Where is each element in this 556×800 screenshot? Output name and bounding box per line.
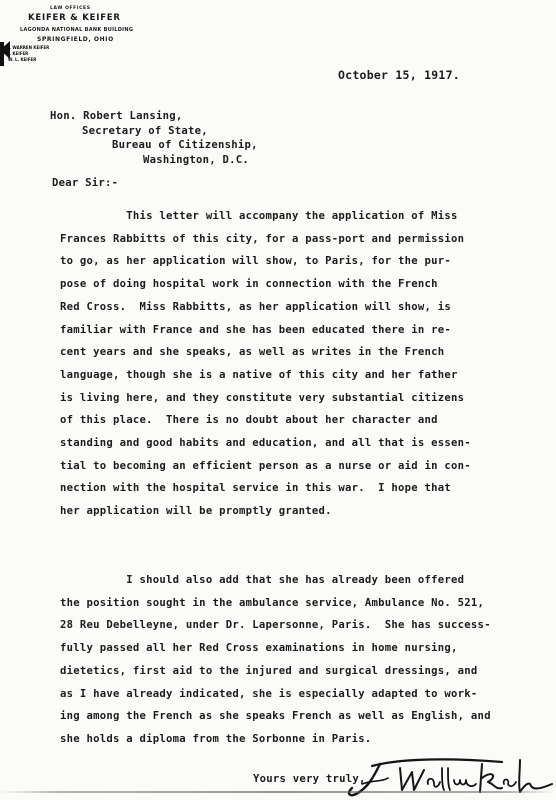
letter-date: October 15, 1917. <box>338 68 460 82</box>
body-line: her application will be promptly granted… <box>60 505 332 517</box>
body-line: she holds a diploma from the Sorbonne in… <box>60 733 372 745</box>
letterhead-building: LAGONDA NATIONAL BANK BUILDING <box>20 27 133 33</box>
page-bottom-edge <box>0 791 556 793</box>
body-line: as I have already indicated, she is espe… <box>60 688 478 700</box>
letterhead-firm: KEIFER & KEIFER <box>28 13 121 23</box>
body-line: is living here, and they constitute very… <box>60 392 464 404</box>
body-line: Frances Rabbitts of this city, for a pas… <box>60 233 464 245</box>
recipient-line: Hon. Robert Lansing, <box>50 110 183 122</box>
handwritten-signature <box>342 754 556 800</box>
letterhead-city: SPRINGFIELD, OHIO <box>37 36 114 43</box>
body-line: Red Cross. Miss Rabbitts, as her applica… <box>60 301 451 313</box>
body-line: This letter will accompany the applicati… <box>60 210 458 222</box>
body-line: ing among the French as she speaks Frenc… <box>60 710 491 722</box>
letterhead-heading: LAW OFFICES <box>50 6 91 11</box>
body-line: pose of doing hospital work in connectio… <box>60 278 438 290</box>
body-line: of this place. There is no doubt about h… <box>60 414 438 426</box>
body-line: 28 Reu Debelleyne, under Dr. Lapersonne,… <box>60 619 491 631</box>
body-line: language, though she is a native of this… <box>60 369 458 381</box>
letter-page: LAW OFFICES KEIFER & KEIFER LAGONDA NATI… <box>0 0 556 800</box>
partner-list: J. WARREN KEIFER J. KEIFER W. L. KEIFER <box>2 45 49 63</box>
body-line: standing and good habits and education, … <box>60 437 471 449</box>
body-line: the position sought in the ambulance ser… <box>60 597 484 609</box>
body-line: familiar with France and she has been ed… <box>60 324 451 336</box>
body-line: nection with the hospital service in thi… <box>60 482 451 494</box>
recipient-line: Secretary of State, <box>82 125 208 137</box>
partner-name: W. L. KEIFER <box>2 57 49 63</box>
body-line: fully passed all her Red Cross examinati… <box>60 642 458 654</box>
recipient-line: Bureau of Citizenship, <box>112 139 258 151</box>
body-line: cent years and she speaks, as well as wr… <box>60 346 444 358</box>
salutation: Dear Sir:- <box>52 177 118 189</box>
recipient-line: Washington, D.C. <box>143 154 249 166</box>
body-line: to go, as her application will show, to … <box>60 255 451 267</box>
body-line: I should also add that she has already b… <box>60 574 464 586</box>
body-line: dietetics, first aid to the injured and … <box>60 665 478 677</box>
body-line: tial to becoming an efficient person as … <box>60 460 471 472</box>
